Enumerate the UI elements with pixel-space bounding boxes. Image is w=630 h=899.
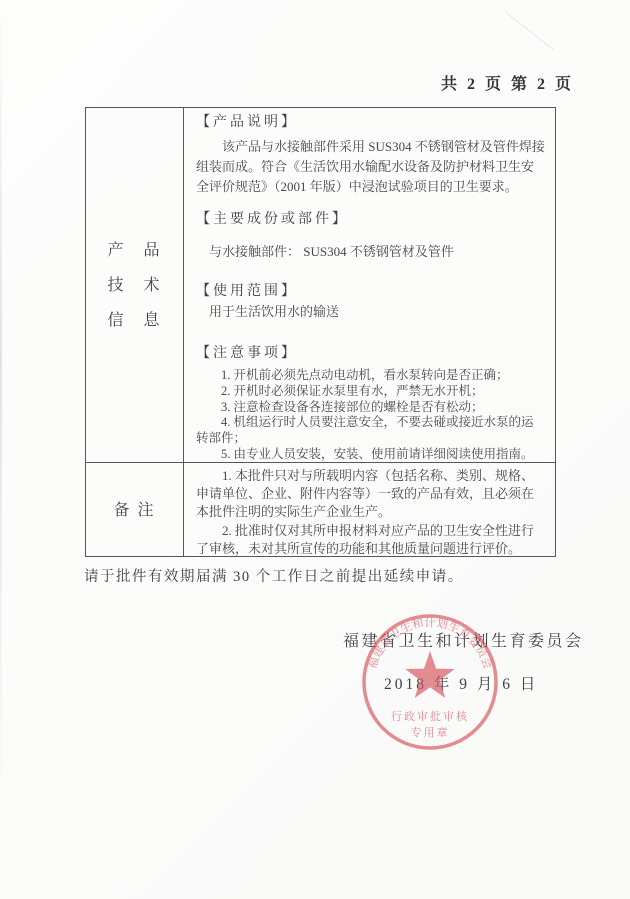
renewal-note: 请于批件有效期届满 30 个工作日之前提出延续申请。 bbox=[84, 565, 464, 586]
seal-text-line2: 专用章 bbox=[411, 725, 450, 739]
document-page: 共 2 页 第 2 页 产 品 技 术 信 息 【产品说明】 该产品与水接触部件… bbox=[0, 0, 630, 899]
section-heading-precautions: 【注意事项】 bbox=[196, 344, 545, 364]
section-body-usage-scope: 用于生活饮用水的输送 bbox=[196, 304, 545, 320]
precaution-item: 2. 开机时必须保证水泵里有水，严禁无水开机； bbox=[196, 384, 545, 400]
issuer-name: 福建省卫生和计划生育委员会 bbox=[343, 628, 584, 651]
approval-table: 产 品 技 术 信 息 【产品说明】 该产品与水接触部件采用 SUS304 不锈… bbox=[85, 107, 556, 557]
section-heading-product-description: 【产品说明】 bbox=[196, 113, 545, 133]
section-heading-usage-scope: 【使用范围】 bbox=[196, 282, 545, 302]
section-heading-main-components: 【主要成份或部件】 bbox=[196, 210, 545, 230]
product-info-label-line: 产 品 bbox=[107, 233, 161, 268]
precaution-item: 3. 注意检查设备各连接部位的螺栓是否有松动； bbox=[196, 400, 545, 416]
issue-date: 2018 年 9 月 6 日 bbox=[384, 672, 538, 694]
scan-edge-artifact bbox=[0, 0, 2, 899]
remarks-paragraph: 2. 批准时仅对其所申报材料对应产品的卫生安全性进行了审核，未对其所宣传的功能和… bbox=[196, 522, 545, 557]
precaution-item: 4. 机组运行时人员要注意安全，不要去碰或接近水泵的运转部件； bbox=[196, 415, 545, 447]
precaution-item: 1. 开机前必须先点动电动机，看水泵转向是否正确； bbox=[196, 368, 545, 384]
precaution-item: 5. 由专业人员安装，安装、使用前请详细阅读使用指南。 bbox=[196, 447, 545, 462]
remarks-row: 备 注 1. 本批件只对与所载明内容（包括名称、类别、规格、申请单位、企业、附件… bbox=[86, 463, 555, 557]
product-info-label-line: 技 术 bbox=[107, 268, 161, 303]
product-info-label: 产 品 技 术 信 息 bbox=[86, 108, 184, 462]
product-info-label-line: 信 息 bbox=[107, 303, 161, 338]
product-info-content: 【产品说明】 该产品与水接触部件采用 SUS304 不锈钢管材及管件焊接组装而成… bbox=[184, 108, 555, 462]
scan-scratch-artifact bbox=[504, 11, 553, 50]
section-body-product-description: 该产品与水接触部件采用 SUS304 不锈钢管材及管件焊接组装而成。符合《生活饮… bbox=[196, 137, 545, 197]
remarks-paragraph: 1. 本批件只对与所载明内容（包括名称、类别、规格、申请单位、企业、附件内容等）… bbox=[196, 467, 545, 522]
section-body-main-components: 与水接触部件： SUS304 不锈钢管材及管件 bbox=[196, 244, 545, 260]
remarks-content: 1. 本批件只对与所载明内容（包括名称、类别、规格、申请单位、企业、附件内容等）… bbox=[184, 463, 555, 557]
page-indicator: 共 2 页 第 2 页 bbox=[441, 71, 574, 94]
remarks-label-text: 备 注 bbox=[113, 493, 155, 528]
seal-text-line1: 行政审批审核 bbox=[391, 709, 469, 723]
product-info-row: 产 品 技 术 信 息 【产品说明】 该产品与水接触部件采用 SUS304 不锈… bbox=[86, 108, 555, 463]
remarks-label: 备 注 bbox=[86, 463, 184, 557]
